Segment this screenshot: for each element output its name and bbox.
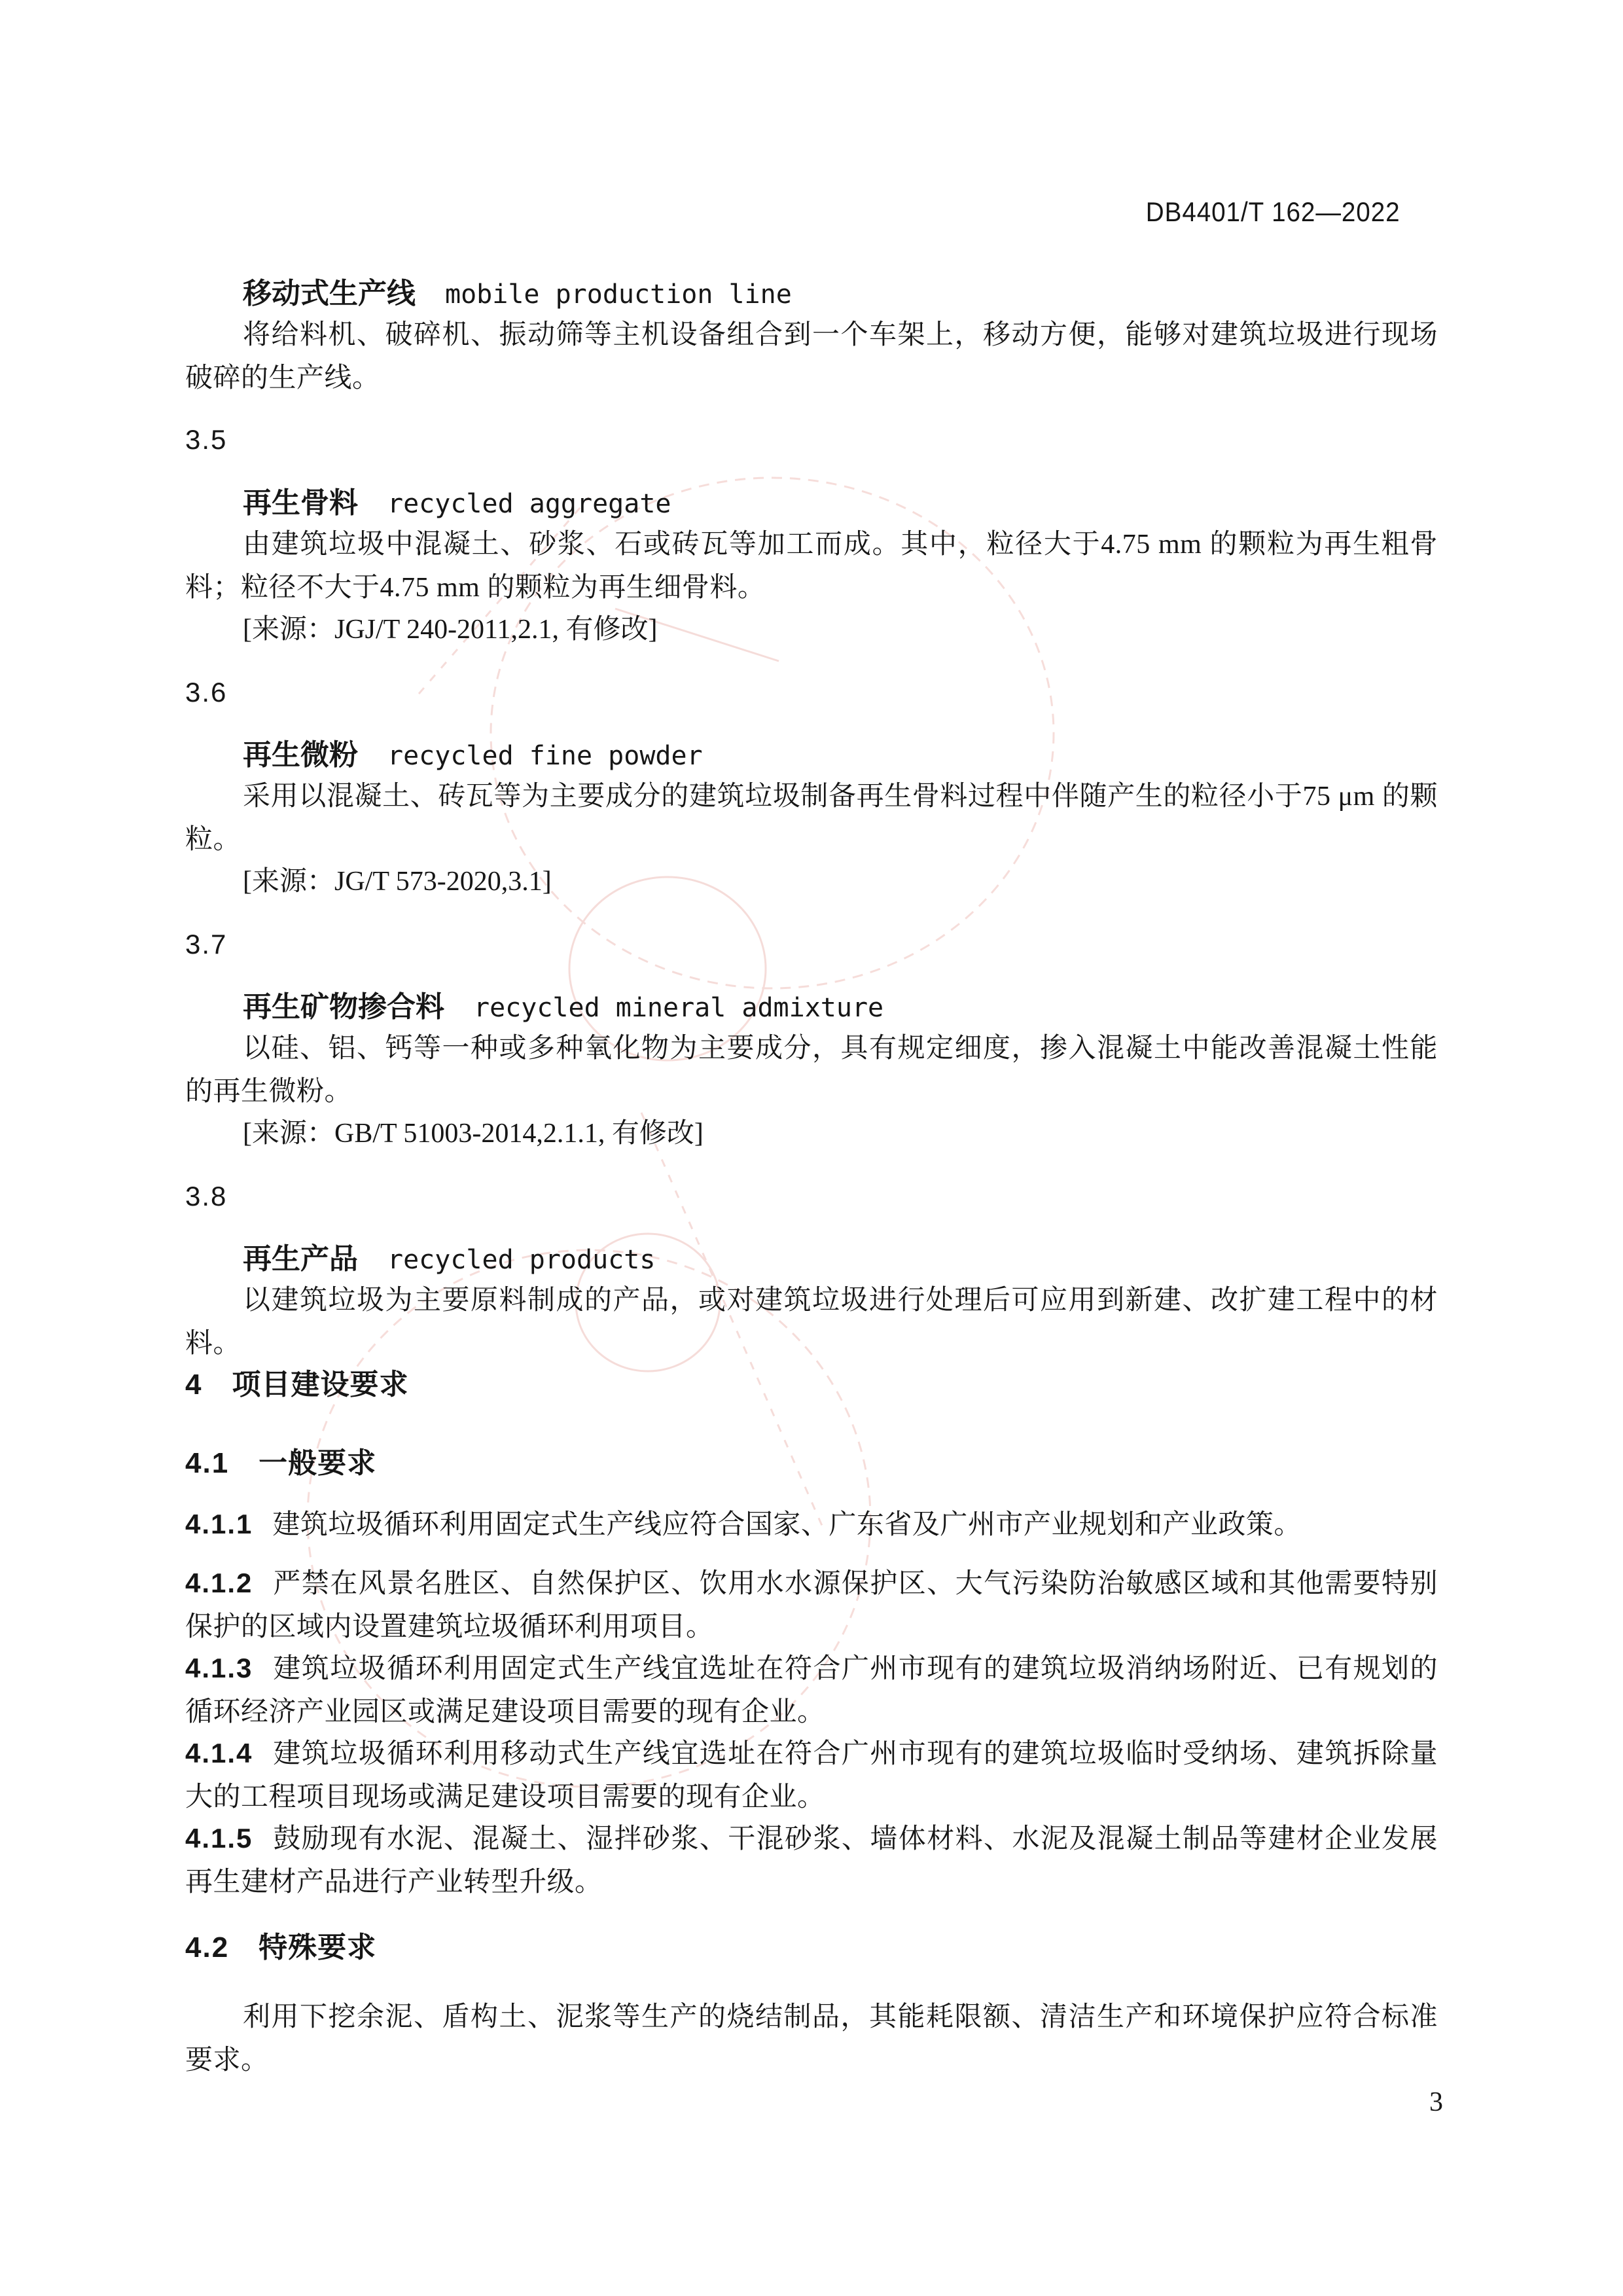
term-number: 3.6 [185, 678, 1438, 707]
clause-text: 建筑垃圾循环利用固定式生产线宜选址在符合广州市现有的建筑垃圾消纳场附近、已有规划… [185, 1654, 1438, 1727]
subsection-number: 4.2 [185, 1931, 229, 1964]
subsection-number: 4.1 [185, 1447, 229, 1479]
term-zh: 再生矿物掺合料 [243, 991, 444, 1023]
term-en: mobile production line [445, 279, 792, 310]
term-zh: 再生产品 [243, 1243, 358, 1275]
clause-number: 4.1.2 [185, 1568, 253, 1598]
clause-text: 严禁在风景名胜区、自然保护区、饮用水水源保护区、大气污染防治敏感区域和其他需要特… [185, 1569, 1438, 1642]
term-heading: 再生矿物掺合料recycled mineral admixture [185, 990, 1495, 1031]
term-zh: 移动式生产线 [243, 278, 416, 310]
paragraph: 利用下挖余泥、盾构土、泥浆等生产的烧结制品，其能耗限额、清洁生产和环境保护应符合… [185, 1996, 1438, 2082]
term-en: recycled mineral admixture [474, 993, 883, 1023]
subsection-heading: 4.1一般要求 [185, 1446, 1438, 1480]
clause-text: 建筑垃圾循环利用固定式生产线应符合国家、广东省及广州市产业规划和产业政策。 [272, 1510, 1302, 1540]
clause-text: 鼓励现有水泥、混凝土、湿拌砂浆、干混砂浆、墙体材料、水泥及混凝土制品等建材企业发… [185, 1824, 1438, 1897]
subsection-heading: 4.2特殊要求 [185, 1931, 1438, 1965]
term-heading: 再生产品recycled products [185, 1242, 1495, 1283]
term-definition: 将给料机、破碎机、振动筛等主机设备组合到一个车架上，移动方便，能够对建筑垃圾进行… [185, 314, 1438, 400]
section-heading: 4项目建设要求 [185, 1368, 1438, 1402]
term-heading: 移动式生产线mobile production line [185, 277, 1495, 317]
source-note: [来源：GB/T 51003-2014,2.1.1, 有修改] [185, 1117, 1438, 1151]
subsection-title: 特殊要求 [259, 1931, 376, 1964]
term-zh: 再生微粉 [243, 739, 358, 771]
clause-number: 4.1.1 [185, 1509, 253, 1539]
section-title: 项目建设要求 [232, 1369, 408, 1401]
term-zh: 再生骨料 [243, 487, 358, 519]
term-heading: 再生骨料recycled aggregate [185, 486, 1495, 527]
source-note: [来源：JG/T 573-2020,3.1] [185, 865, 1438, 899]
clause: 4.1.5鼓励现有水泥、混凝土、湿拌砂浆、干混砂浆、墙体材料、水泥及混凝土制品等… [185, 1817, 1438, 1904]
clause: 4.1.2严禁在风景名胜区、自然保护区、饮用水水源保护区、大气污染防治敏感区域和… [185, 1562, 1438, 1649]
term-definition: 以建筑垃圾为主要原料制成的产品，或对建筑垃圾进行处理后可应用到新建、改扩建工程中… [185, 1279, 1438, 1365]
term-definition: 以硅、铝、钙等一种或多种氧化物为主要成分，具有规定细度，掺入混凝土中能改善混凝土… [185, 1027, 1438, 1113]
clause: 4.1.1建筑垃圾循环利用固定式生产线应符合国家、广东省及广州市产业规划和产业政… [185, 1503, 1438, 1547]
term-heading: 再生微粉recycled fine powder [185, 738, 1495, 779]
term-en: recycled products [387, 1245, 655, 1275]
clause: 4.1.3建筑垃圾循环利用固定式生产线宜选址在符合广州市现有的建筑垃圾消纳场附近… [185, 1647, 1438, 1734]
term-en: recycled aggregate [387, 489, 671, 519]
term-number: 3.8 [185, 1182, 1438, 1211]
term-definition: 由建筑垃圾中混凝土、砂浆、石或砖瓦等加工而成。其中，粒径大于4.75 mm 的颗… [185, 523, 1438, 609]
clause-text: 建筑垃圾循环利用移动式生产线宜选址在符合广州市现有的建筑垃圾临时受纳场、建筑拆除… [185, 1739, 1438, 1812]
clause-number: 4.1.5 [185, 1823, 253, 1854]
page-number: 3 [1429, 2087, 1443, 2118]
source-note: [来源：JGJ/T 240-2011,2.1, 有修改] [185, 613, 1438, 647]
term-definition: 采用以混凝土、砖瓦等为主要成分的建筑垃圾制备再生骨料过程中伴随产生的粒径小于75… [185, 775, 1438, 861]
section-number: 4 [185, 1369, 202, 1401]
term-en: recycled fine powder [387, 741, 703, 771]
clause-number: 4.1.4 [185, 1738, 253, 1768]
clause: 4.1.4建筑垃圾循环利用移动式生产线宜选址在符合广州市现有的建筑垃圾临时受纳场… [185, 1732, 1438, 1819]
document-page: DB4401/T 162—2022 移动式生产线mobile productio… [0, 0, 1623, 2296]
term-number: 3.5 [185, 425, 1438, 454]
clause-number: 4.1.3 [185, 1653, 253, 1683]
subsection-title: 一般要求 [259, 1447, 376, 1479]
doc-code: DB4401/T 162—2022 [1146, 196, 1400, 228]
term-number: 3.7 [185, 930, 1438, 959]
